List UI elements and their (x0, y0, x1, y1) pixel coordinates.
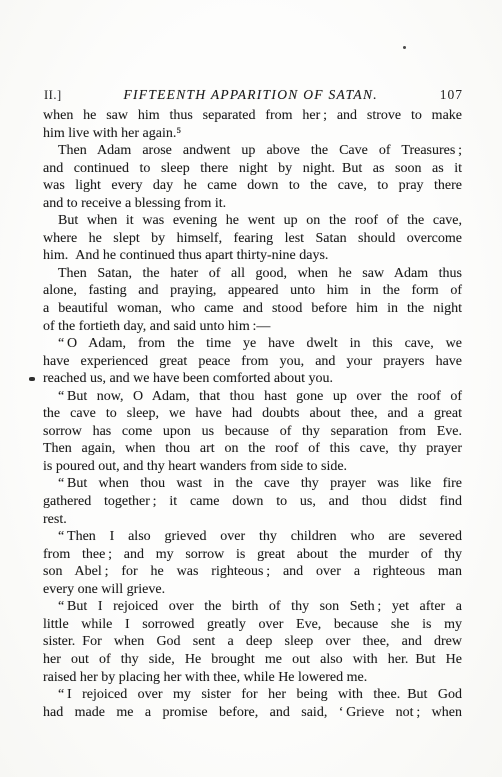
paragraph: “ I rejoiced over my sister for her bein… (43, 686, 462, 721)
text-line: rest. (43, 511, 462, 529)
text-line: sister. For when God sent a deep sleep o… (43, 633, 462, 651)
text-line: of the fortieth day, and said unto him :… (43, 318, 462, 336)
paragraph: “ Then I also grieved over thy children … (43, 528, 462, 598)
text-line: “ I rejoiced over my sister for her bein… (43, 686, 462, 704)
text-line: “ But when thou wast in the cave thy pra… (43, 475, 462, 493)
text-line: where he slept by himself, fearing lest … (43, 230, 462, 248)
text-line: and to receive a blessing from it. (43, 195, 462, 213)
paragraph: But when it was evening he went up on th… (43, 212, 462, 265)
paragraph: “ But now, O Adam, that thou hast gone u… (43, 388, 462, 476)
ink-speck (29, 377, 35, 381)
text-line: alone, fasting and praying, appeared unt… (43, 282, 462, 300)
paragraph: “ O Adam, from the time ye have dwelt in… (43, 335, 462, 388)
text-line: was light every day he came down to the … (43, 177, 462, 195)
text-line: when he saw him thus separated from her … (43, 107, 462, 125)
text-line: son Abel ; for he was righteous ; and ov… (43, 563, 462, 581)
paragraph: Then Satan, the hater of all good, when … (43, 265, 462, 335)
paragraph: “ But when thou wast in the cave thy pra… (43, 475, 462, 528)
text-line: Then again, when thou art on the roof of… (43, 440, 462, 458)
text-line: “ But I rejoiced over the birth of thy s… (43, 598, 462, 616)
text-line: a beautiful woman, who came and stood be… (43, 300, 462, 318)
text-line: from thee ; and my sorrow is great about… (43, 546, 462, 564)
paragraph: “ But I rejoiced over the birth of thy s… (43, 598, 462, 686)
text-line: “ Then I also grieved over thy children … (43, 528, 462, 546)
paragraph: when he saw him thus separated from her … (43, 107, 462, 142)
text-line: the cave to sleep, we have had doubts ab… (43, 405, 462, 423)
text-line: him live with her again.⁵ (43, 125, 462, 143)
text-line: him. And he continued thus apart thirty-… (43, 247, 462, 265)
text-line: “ O Adam, from the time ye have dwelt in… (43, 335, 462, 353)
text-line: little while I sorrowed greatly over Eve… (43, 616, 462, 634)
paragraph: Then Adam arose andwent up above the Cav… (43, 142, 462, 212)
section-label: II.] (44, 88, 62, 103)
text-line: gathered together ; it came down to us, … (43, 493, 462, 511)
text-line: every one will grieve. (43, 581, 462, 599)
text-line: and continued to sleep there night by ni… (43, 160, 462, 178)
text-line: reached us, and we have been comforted a… (43, 370, 462, 388)
page-title: FIFTEENTH APPARITION OF SATAN. (62, 87, 440, 103)
text-line: Then Adam arose andwent up above the Cav… (43, 142, 462, 160)
text-line: sorrow has come upon us because of thy s… (43, 423, 462, 441)
text-line: raised her by placing her with thee, whi… (43, 669, 462, 687)
text-line: is poured out, and thy heart wanders fro… (43, 458, 462, 476)
page-number: 107 (440, 87, 463, 103)
text-line: “ But now, O Adam, that thou hast gone u… (43, 388, 462, 406)
book-page: II.] FIFTEENTH APPARITION OF SATAN. 107 … (0, 0, 502, 777)
running-header: II.] FIFTEENTH APPARITION OF SATAN. 107 (44, 87, 463, 103)
page-body: when he saw him thus separated from her … (43, 107, 462, 721)
text-line: But when it was evening he went up on th… (43, 212, 462, 230)
text-line: had made me a promise before, and said, … (43, 704, 462, 722)
text-line: have experienced great peace from you, a… (43, 353, 462, 371)
text-line: her out of thy side, He brought me out a… (43, 651, 462, 669)
text-line: Then Satan, the hater of all good, when … (43, 265, 462, 283)
ink-speck (403, 46, 406, 49)
